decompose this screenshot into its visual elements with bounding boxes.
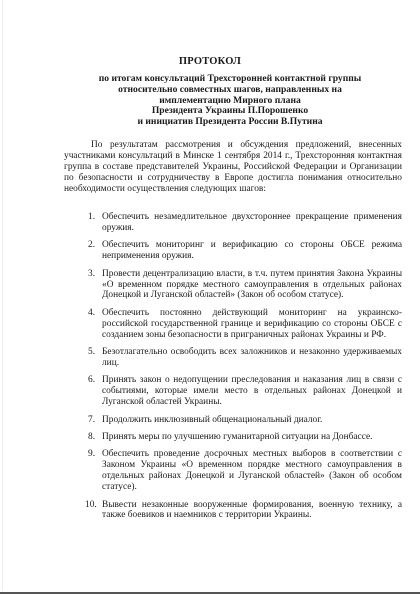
list-item: 8.Принять меры по улучшению гуманитарной…: [88, 432, 402, 443]
document-page: ПРОТОКОЛ по итогам консультаций Трехстор…: [0, 0, 420, 592]
item-number: 8.: [88, 432, 95, 443]
item-number: 1.: [88, 212, 95, 223]
list-item: 4.Обеспечить постоянно действующий монит…: [88, 308, 402, 341]
document-title: ПРОТОКОЛ: [0, 56, 420, 67]
item-number: 2.: [88, 240, 95, 251]
item-text: Обеспечить проведение досрочных местных …: [102, 449, 402, 492]
item-number: 5.: [88, 347, 95, 358]
list-item: 7.Продолжить инклюзивный общенациональны…: [88, 415, 402, 426]
subtitle-line: и инициатив Президента России В.Путина: [60, 117, 400, 128]
item-text: Обеспечить мониторинг и верификацию со с…: [102, 240, 402, 261]
list-item: 6.Принять закон о недопущении преследова…: [88, 375, 402, 408]
item-number: 7.: [88, 415, 95, 426]
item-number: 6.: [88, 375, 95, 386]
item-number: 3.: [88, 269, 95, 280]
list-item: 1.Обеспечить незамедлительное двухсторон…: [88, 212, 402, 234]
item-number: 9.: [88, 449, 95, 460]
item-text: Обеспечить незамедлительное двухсторонне…: [102, 212, 402, 233]
item-text: Принять меры по улучшению гуманитарной с…: [102, 432, 372, 442]
list-item: 10.Вывести незаконные вооруженные формир…: [88, 500, 402, 522]
item-text: Продолжить инклюзивный общенациональный …: [102, 415, 322, 425]
item-number: 4.: [88, 308, 95, 319]
item-text: Вывести незаконные вооруженные формирова…: [102, 500, 402, 521]
list-item: 5.Безотлагательно освободить всех заложн…: [88, 347, 402, 369]
item-text: Обеспечить постоянно действующий монитор…: [102, 308, 402, 340]
document-subtitle: по итогам консультаций Трехсторонней кон…: [60, 74, 400, 128]
subtitle-line: относительно совместных шагов, направлен…: [60, 85, 400, 96]
list-item: 3.Провести децентрализацию власти, в т.ч…: [88, 269, 402, 302]
scan-edge: [2, 0, 3, 590]
list-item: 9.Обеспечить проведение досрочных местны…: [88, 449, 402, 493]
list-item: 2.Обеспечить мониторинг и верификацию со…: [88, 240, 402, 262]
item-number: 10.: [85, 500, 97, 511]
steps-list: 1.Обеспечить незамедлительное двухсторон…: [88, 212, 402, 528]
item-text: Принять закон о недопущении преследовани…: [102, 375, 402, 407]
item-text: Провести децентрализацию власти, в т.ч. …: [102, 269, 402, 301]
intro-paragraph: По результатам рассмотрения и обсуждения…: [64, 140, 402, 195]
item-text: Безотлагательно освободить всех заложник…: [102, 347, 402, 368]
